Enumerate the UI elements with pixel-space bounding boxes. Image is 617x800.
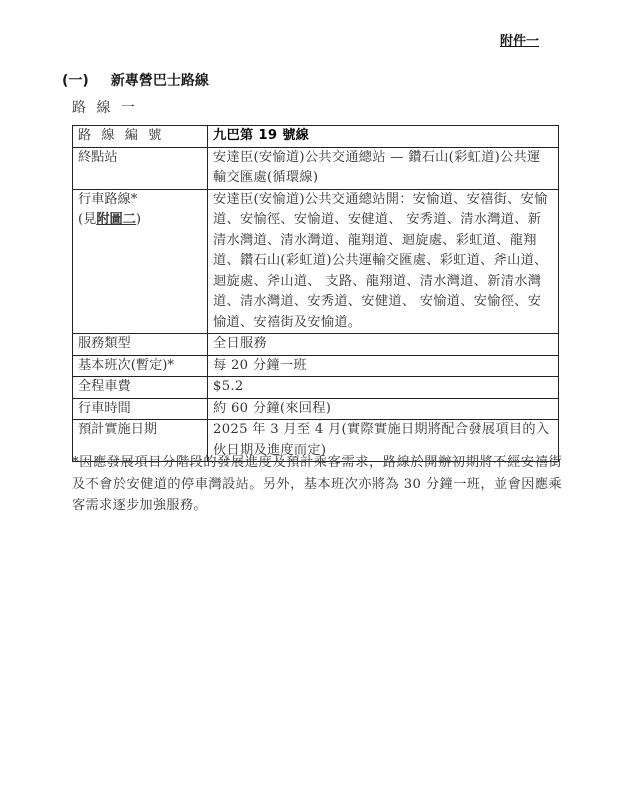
route-info-table: 路 線 編 號 九巴第 19 號線 終點站 安達臣(安愉道)公共交通總站 — 鑽… [72,125,559,462]
row-label-terminus: 終點站 [73,147,208,189]
annex-figure-link[interactable]: 附圖二 [96,212,136,227]
footnote: *因應發展項目分階段的發展進度及預計乘客需求，路線於開辦初期將不經安禧街及不會於… [72,452,562,517]
ref-suffix: ) [136,212,141,227]
section-number: (一) [62,70,106,90]
row-value-service-type: 全日服務 [208,334,559,356]
table-row: 行車路線* (見附圖二) 安達臣(安愉道)公共交通總站開：安愉道、安禧街、安愉道… [73,189,559,334]
route-heading: 路 線 一 [72,97,138,117]
row-value-routing: 安達臣(安愉道)公共交通總站開：安愉道、安禧街、安愉道、安愉徑、安愉道、安健道、… [208,189,559,334]
row-label-routing: 行車路線* (見附圖二) [73,189,208,334]
table-row: 基本班次(暫定)* 每 20 分鐘一班 [73,355,559,377]
routing-label-ref: (見附圖二) [78,210,202,231]
table-row: 行車時間 約 60 分鐘(來回程) [73,398,559,420]
section-heading: (一) 新專營巴士路線 [62,70,209,90]
row-value-journey-time: 約 60 分鐘(來回程) [208,398,559,420]
row-label-service-type: 服務類型 [73,334,208,356]
annex-label: 附件一 [500,30,539,49]
row-value-frequency: 每 20 分鐘一班 [208,355,559,377]
table-row: 路 線 編 號 九巴第 19 號線 [73,126,559,148]
ref-prefix: (見 [78,212,96,227]
table-row: 終點站 安達臣(安愉道)公共交通總站 — 鑽石山(彩虹道)公共運輸交匯處(循環線… [73,147,559,189]
table-row: 服務類型 全日服務 [73,334,559,356]
row-label-route-number: 路 線 編 號 [73,126,208,148]
section-title: 新專營巴士路線 [111,73,209,89]
row-value-terminus: 安達臣(安愉道)公共交通總站 — 鑽石山(彩虹道)公共運輸交匯處(循環線) [208,147,559,189]
row-value-route-number: 九巴第 19 號線 [208,126,559,148]
row-label-frequency: 基本班次(暫定)* [73,355,208,377]
row-label-journey-time: 行車時間 [73,398,208,420]
table-row: 全程車費 $5.2 [73,377,559,399]
row-label-fare: 全程車費 [73,377,208,399]
routing-label: 行車路線* [78,190,202,211]
row-value-fare: $5.2 [208,377,559,399]
